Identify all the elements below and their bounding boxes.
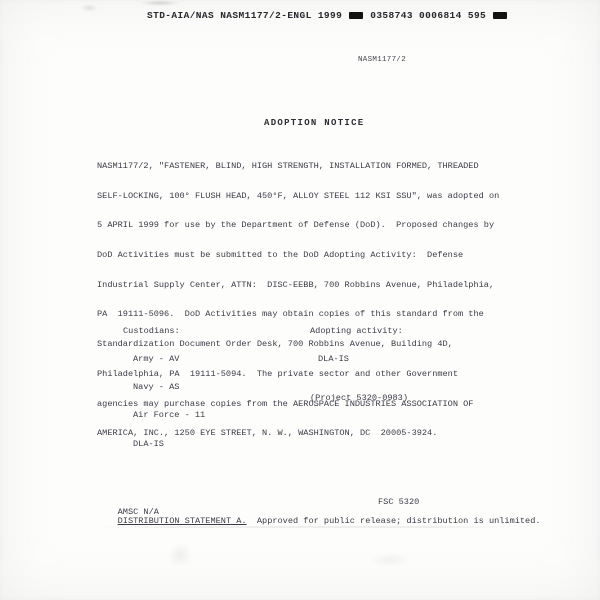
distribution-statement: DISTRIBUTION STATEMENT A. Approved for p… bbox=[97, 506, 527, 536]
project-number: (Project 5320-0983) bbox=[310, 394, 408, 403]
scan-smudge bbox=[80, 4, 98, 12]
adopting-activity-block: Adopting activity: DLA-IS (Project 5320-… bbox=[310, 308, 408, 422]
body-line: 5 APRIL 1999 for use by the Department o… bbox=[97, 221, 527, 231]
document-number: NASM1177/2 bbox=[358, 56, 406, 64]
custodian-item-air-force: Air Force - 11 bbox=[123, 411, 205, 420]
custodian-item-navy: Navy - AS bbox=[123, 383, 205, 392]
body-line: DoD Activities must be submitted to the … bbox=[97, 251, 527, 261]
scan-block-mark-icon bbox=[493, 12, 507, 19]
custodian-item-army: Army - AV bbox=[123, 355, 205, 364]
body-line: NASM1177/2, "FASTENER, BLIND, HIGH STREN… bbox=[97, 162, 527, 172]
scan-smudge bbox=[168, 542, 192, 568]
custodian-item-dla: DLA-IS bbox=[123, 440, 205, 449]
scan-stamp-numbers: 0358743 0006814 595 bbox=[370, 10, 486, 21]
custodians-block: Custodians: Army - AV Navy - AS Air Forc… bbox=[123, 308, 205, 468]
scan-smudge bbox=[140, 0, 180, 6]
distribution-statement-label: DISTRIBUTION STATEMENT A. bbox=[118, 516, 247, 526]
adopting-activity-value: DLA-IS bbox=[310, 355, 408, 364]
custodians-label: Custodians: bbox=[123, 327, 205, 336]
body-line: Industrial Supply Center, ATTN: DISC-EEB… bbox=[97, 281, 527, 291]
page-title: ADOPTION NOTICE bbox=[264, 118, 365, 128]
scan-block-mark-icon bbox=[349, 12, 363, 19]
scan-stamp-header: STD-AIA/NAS NASM1177/2-ENGL 1999 0358743… bbox=[147, 10, 507, 21]
body-line: SELF-LOCKING, 100° FLUSH HEAD, 450°F, AL… bbox=[97, 192, 527, 202]
scanned-document-page: STD-AIA/NAS NASM1177/2-ENGL 1999 0358743… bbox=[0, 0, 600, 600]
scan-smudge bbox=[370, 552, 410, 568]
distribution-statement-text: Approved for public release; distributio… bbox=[247, 516, 541, 526]
adopting-activity-label: Adopting activity: bbox=[310, 327, 408, 336]
scan-stamp-code: STD-AIA/NAS NASM1177/2-ENGL 1999 bbox=[147, 10, 342, 21]
